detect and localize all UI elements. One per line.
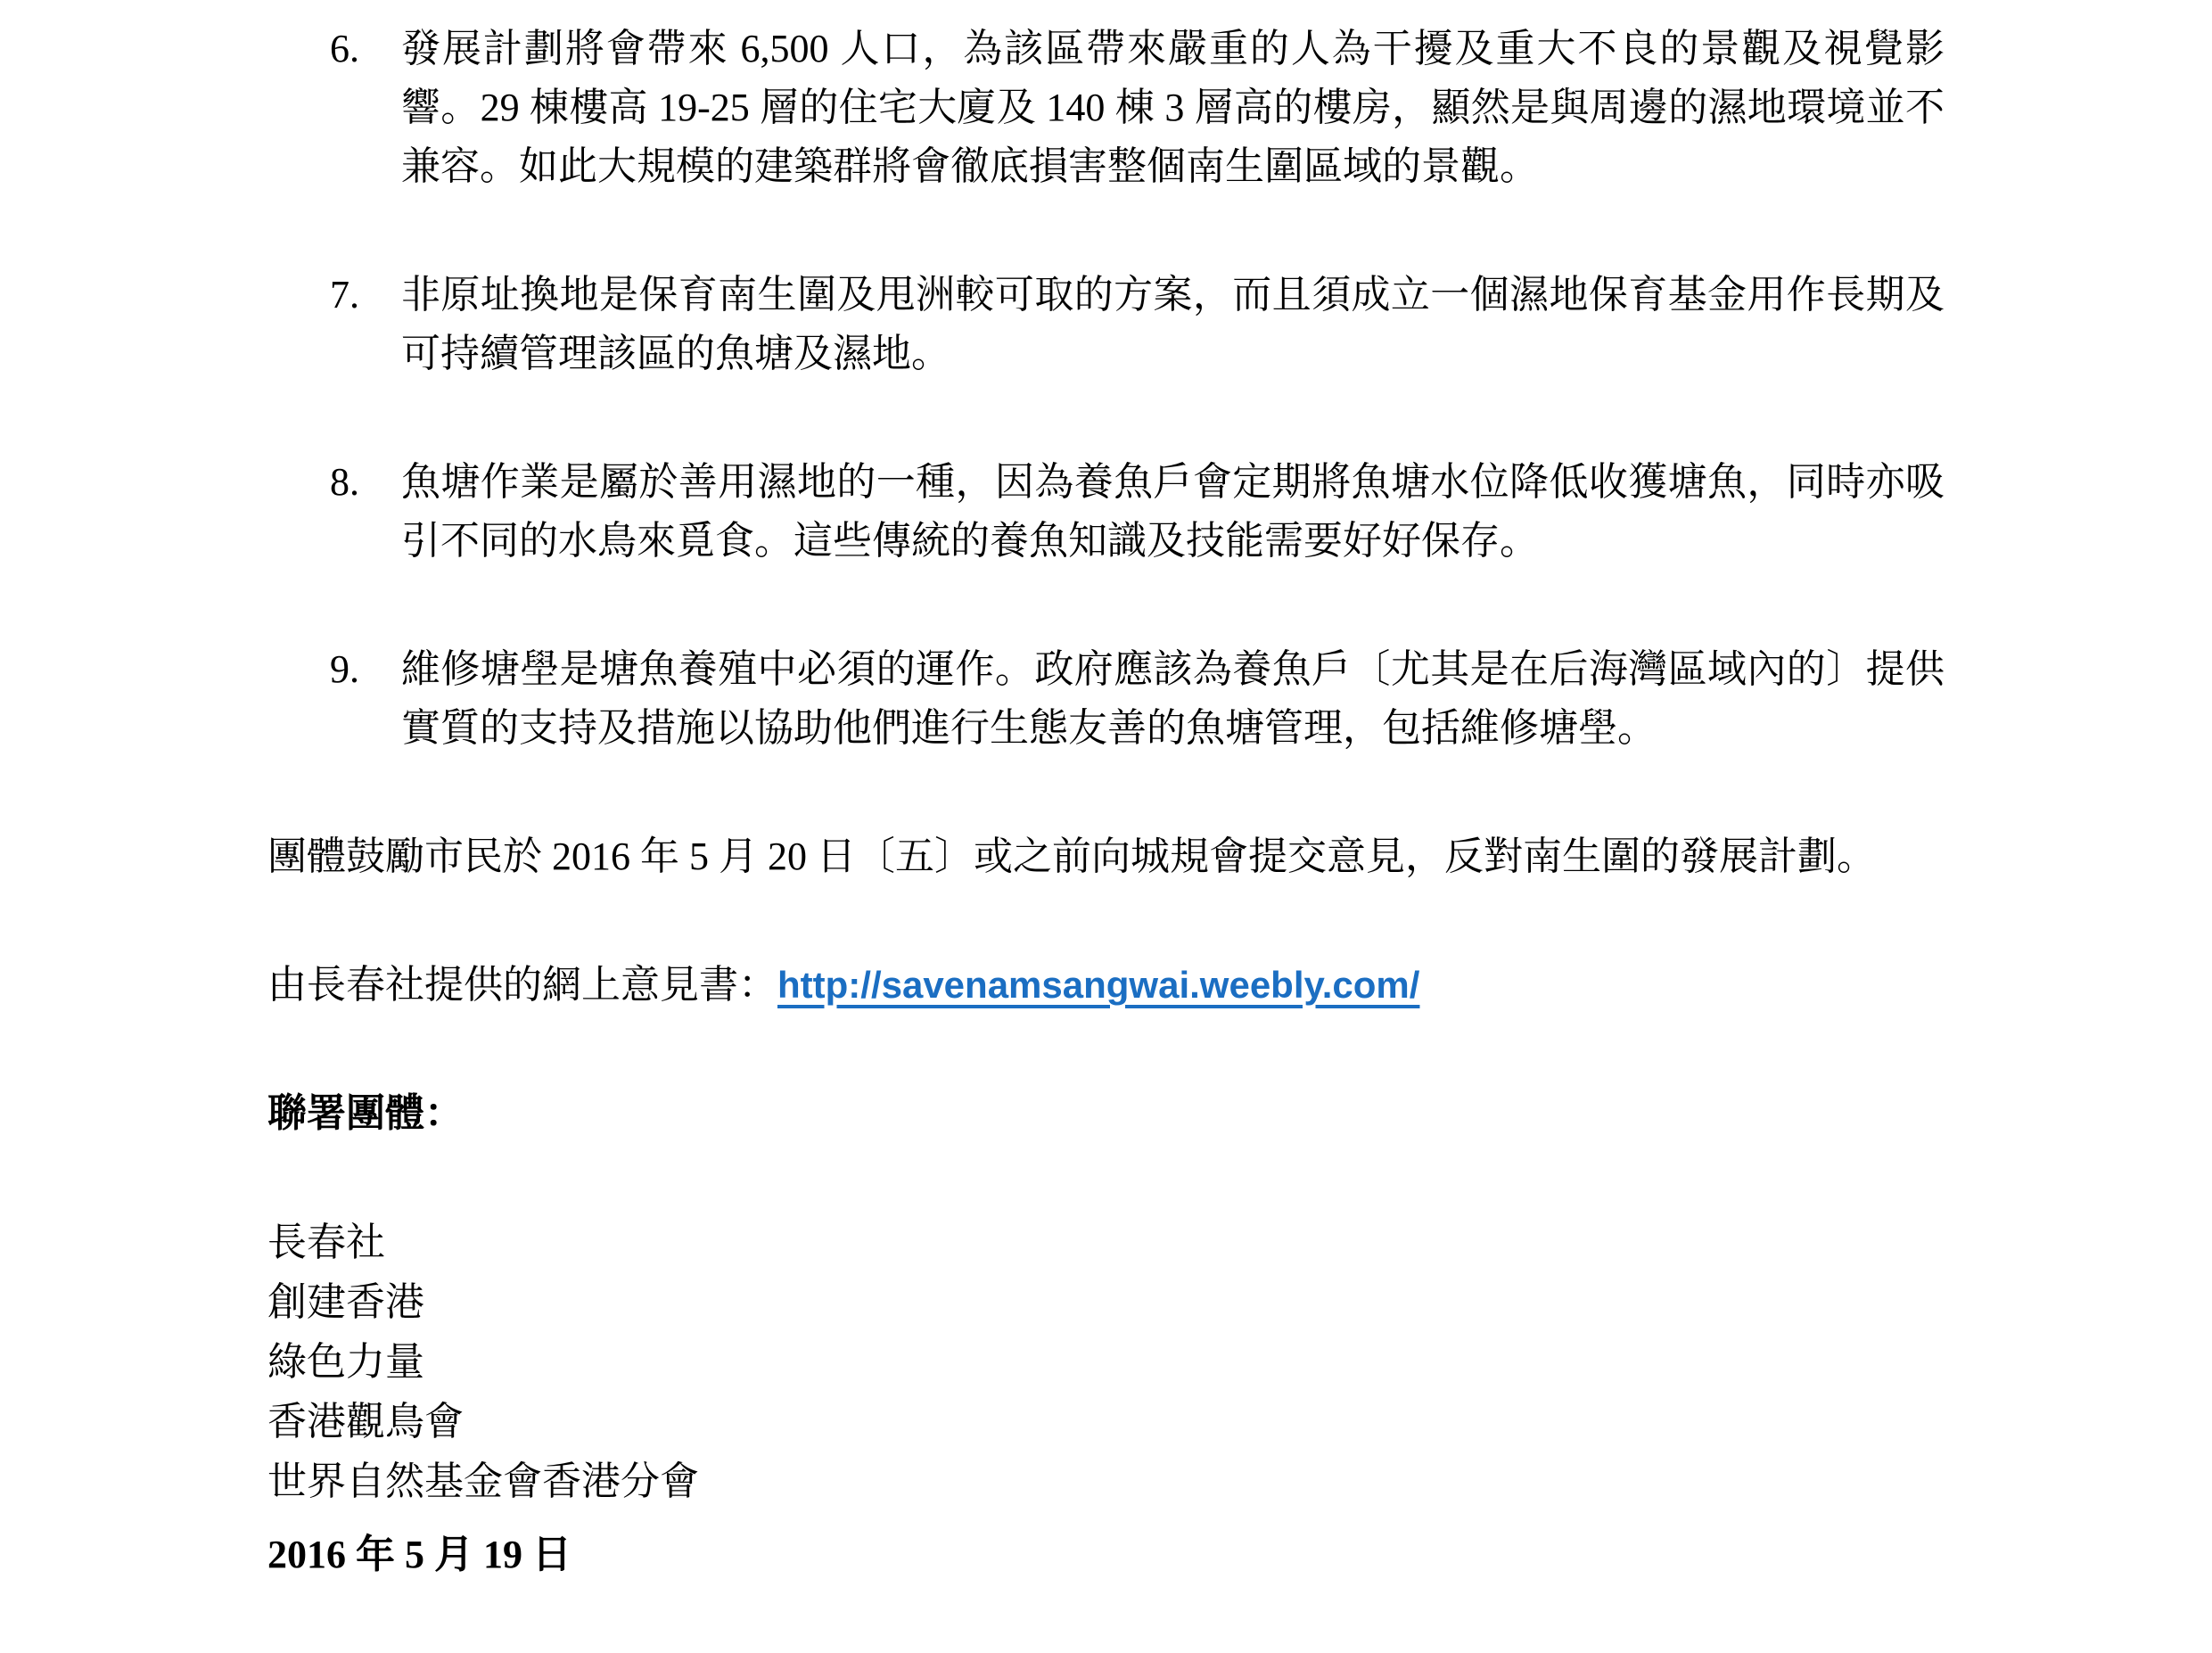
signatory: 香港觀鳥會: [267, 1392, 1945, 1452]
list-item-number: 7.: [330, 266, 401, 383]
list-item-number: 9.: [330, 640, 401, 758]
petition-line: 由長春社提供的網上意見書：http://savenamsangwai.weebl…: [267, 956, 1945, 1015]
list-item-text: 非原址換地是保育南生圍及甩洲較可取的方案，而且須成立一個濕地保育基金用作長期及可…: [401, 266, 1945, 383]
list-item-6: 6. 發展計劃將會帶來 6,500 人口，為該區帶來嚴重的人為干擾及重大不良的景…: [330, 20, 1945, 196]
closing-paragraph: 團體鼓勵市民於 2016 年 5 月 20 日〔五〕或之前向城規會提交意見，反對…: [267, 827, 1945, 886]
list-item-8: 8. 魚塘作業是屬於善用濕地的一種，因為養魚戶會定期將魚塘水位降低收獲塘魚，同時…: [330, 453, 1945, 571]
list-item-number: 6.: [330, 20, 401, 196]
petition-link[interactable]: http://savenamsangwai.weebly.com/: [777, 964, 1419, 1006]
list-item-number: 8.: [330, 453, 401, 571]
numbered-list: 6. 發展計劃將會帶來 6,500 人口，為該區帶來嚴重的人為干擾及重大不良的景…: [267, 20, 1945, 758]
list-item-text: 維修塘壆是塘魚養殖中必須的運作。政府應該為養魚戶〔尤其是在后海灣區域內的〕提供實…: [401, 640, 1945, 758]
list-item-text: 魚塘作業是屬於善用濕地的一種，因為養魚戶會定期將魚塘水位降低收獲塘魚，同時亦吸引…: [401, 453, 1945, 571]
list-item-9: 9. 維修塘壆是塘魚養殖中必須的運作。政府應該為養魚戶〔尤其是在后海灣區域內的〕…: [330, 640, 1945, 758]
signatory: 世界自然基金會香港分會: [267, 1452, 1945, 1511]
signatories-heading: 聯署團體：: [267, 1084, 1945, 1143]
list-item-7: 7. 非原址換地是保育南生圍及甩洲較可取的方案，而且須成立一個濕地保育基金用作長…: [330, 266, 1945, 383]
signatory: 長春社: [267, 1213, 1945, 1272]
document-date: 2016 年 5 月 19 日: [267, 1526, 1945, 1584]
petition-label: 由長春社提供的網上意見書：: [267, 963, 777, 1007]
document-page: 6. 發展計劃將會帶來 6,500 人口，為該區帶來嚴重的人為干擾及重大不良的景…: [0, 0, 2212, 1653]
list-item-text: 發展計劃將會帶來 6,500 人口，為該區帶來嚴重的人為干擾及重大不良的景觀及視…: [401, 20, 1945, 196]
signatory: 創建香港: [267, 1272, 1945, 1332]
signatory-list: 長春社 創建香港 綠色力量 香港觀鳥會 世界自然基金會香港分會: [267, 1213, 1945, 1511]
signatory: 綠色力量: [267, 1332, 1945, 1392]
